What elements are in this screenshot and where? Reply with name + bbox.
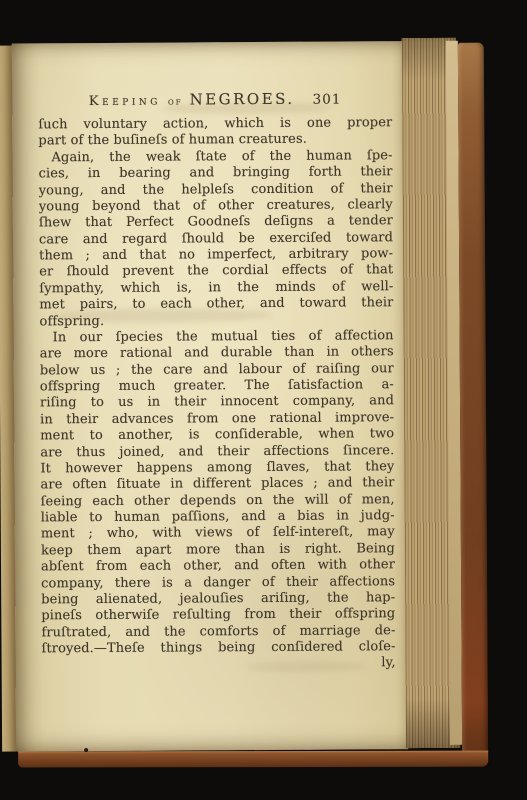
running-head-keeping: Keeping — [89, 94, 161, 109]
text-line: met pairs, to each other, and toward the… — [39, 295, 393, 314]
running-head-negroes: NEGROES. — [189, 90, 294, 109]
text-line: abſent from each other, and often with o… — [41, 557, 395, 576]
text-line: are thus joined, and their affections ſi… — [40, 443, 394, 462]
book-page: KeepingofNEGROES.301 ſuch voluntary acti… — [12, 41, 408, 751]
text-line: pineſs otherwiſe reſulting from their of… — [41, 606, 395, 625]
text-line: ly, — [42, 656, 396, 675]
text-line: riſing to us in their innocent company, … — [40, 394, 394, 413]
page-number: 301 — [313, 92, 342, 108]
ink-speck — [84, 748, 88, 752]
text-line: ment to another, is conſiderable, when t… — [40, 426, 394, 445]
open-book: KeepingofNEGROES.301 ſuch voluntary acti… — [0, 0, 527, 800]
page-text: KeepingofNEGROES.301 ſuch voluntary acti… — [38, 87, 396, 751]
text-line: er ſhould prevent the cordial effects of… — [39, 263, 393, 282]
text-line: are more rational and durable than in ot… — [40, 344, 394, 363]
text-line: young, and the helpleſs condition of the… — [39, 181, 393, 200]
running-head: KeepingofNEGROES.301 — [38, 87, 392, 111]
text-line: ſhew that Perfect Goodneſs deſigns a ten… — [39, 213, 393, 232]
leather-cover-bottom — [18, 751, 488, 768]
text-line: company, there is a danger of their affe… — [41, 574, 395, 593]
text-line: are often ſituate in different places ; … — [40, 475, 394, 494]
running-head-of: of — [168, 95, 183, 107]
text-line: ment ; who, with views of ſelf-intereſt,… — [41, 525, 395, 544]
book-photo: KeepingofNEGROES.301 ſuch voluntary acti… — [0, 0, 527, 800]
leather-cover-spine — [458, 43, 488, 759]
text-line: ſuch voluntary action, which is one prop… — [38, 115, 392, 134]
page-body-text: ſuch voluntary action, which is one prop… — [38, 115, 395, 674]
text-line: ſtroyed.—Theſe things being conſidered c… — [41, 639, 395, 658]
text-line: cies, in bearing and bringing forth thei… — [39, 164, 393, 183]
